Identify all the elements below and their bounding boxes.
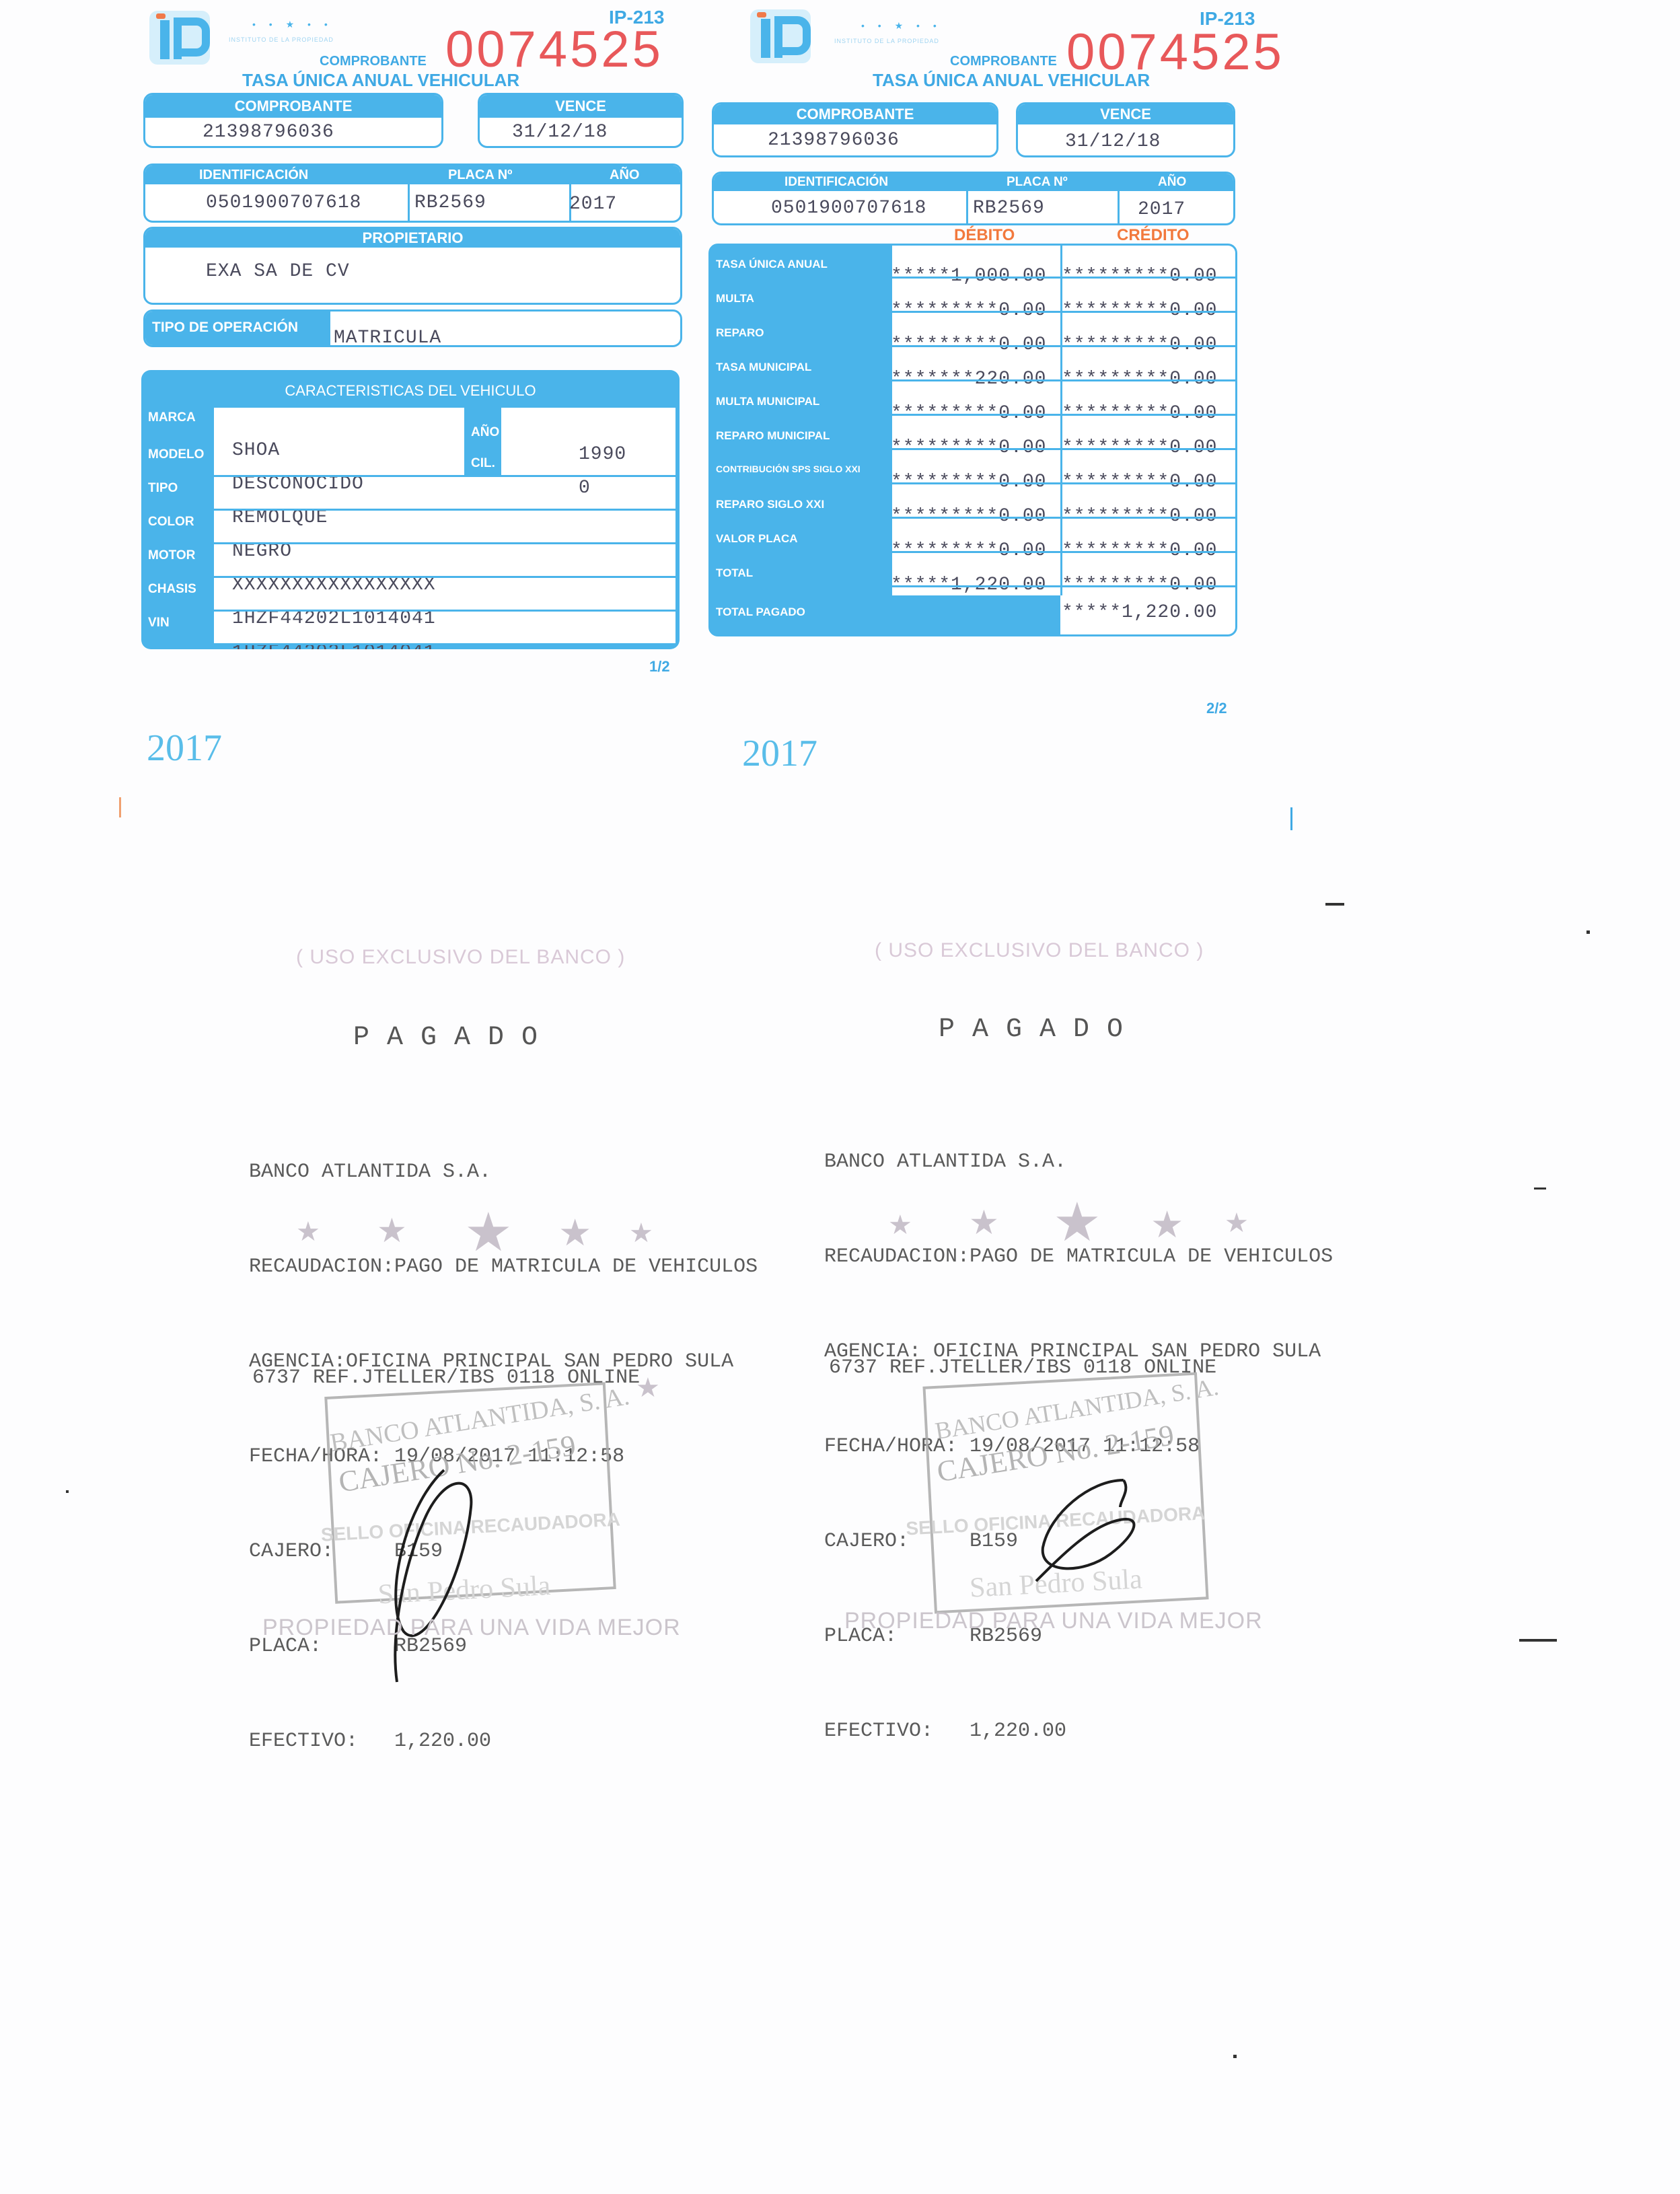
row-divider xyxy=(892,551,1235,553)
debito-header: DÉBITO xyxy=(954,226,1015,245)
receipt-line: EFECTIVO: 1,220.00 xyxy=(824,1716,1333,1747)
cargo-debito: *********0.00 xyxy=(891,506,1046,527)
vehiculo-anio-value: 1990 xyxy=(579,444,626,465)
identificacion-value: 0501900707618 xyxy=(771,198,926,219)
cargo-debito: *******220.00 xyxy=(891,369,1046,390)
star-icon: ★ xyxy=(1053,1191,1101,1253)
scan-speck xyxy=(1534,1187,1546,1190)
comprobante-box: COMPROBANTE 21398796036 xyxy=(143,93,443,148)
vehiculo-label-motor: MOTOR xyxy=(148,548,195,563)
cargo-label: MULTA xyxy=(716,292,754,305)
signature-icon xyxy=(1023,1473,1151,1588)
cargo-credito: *********0.00 xyxy=(1062,506,1217,527)
anio-value: 2017 xyxy=(569,194,617,215)
row-divider xyxy=(892,311,1235,313)
placa-header: PLACA Nº xyxy=(448,166,512,184)
anio-header: AÑO xyxy=(1158,174,1186,191)
slogan: PROPIEDAD PARA UNA VIDA MEJOR xyxy=(844,1608,1263,1634)
form-title: TASA ÚNICA ANUAL VEHICULAR xyxy=(242,70,519,91)
star-icon: ★ xyxy=(636,1373,660,1403)
identificacion-box: IDENTIFICACIÓN PLACA Nº AÑO 050190070761… xyxy=(712,172,1235,225)
row-divider xyxy=(892,345,1235,347)
ip-logo-icon xyxy=(149,11,210,65)
vehiculo-label-tipo: TIPO xyxy=(148,481,178,496)
vence-box: VENCE 31/12/18 xyxy=(1016,102,1235,157)
star-icon: ★ xyxy=(296,1216,320,1247)
row-divider xyxy=(892,379,1235,381)
cargo-credito: *********0.00 xyxy=(1062,540,1217,561)
row-divider xyxy=(892,277,1235,279)
credito-header: CRÉDITO xyxy=(1117,226,1190,245)
scan-speck xyxy=(1325,903,1344,906)
identificacion-header: IDENTIFICACIÓN xyxy=(199,166,308,184)
comprobante-value: 21398796036 xyxy=(203,122,334,143)
star-icon: ★ xyxy=(558,1211,591,1254)
cargo-debito: *********0.00 xyxy=(891,403,1046,424)
cargo-debito: *********0.00 xyxy=(891,300,1046,321)
receipt-line: BANCO ATLANTIDA S.A. xyxy=(249,1157,758,1188)
footer-year: 2017 xyxy=(147,727,222,770)
tipo-operacion-box: TIPO DE OPERACIÓN MATRICULA xyxy=(143,309,682,347)
vence-value: 31/12/18 xyxy=(1065,131,1161,152)
vehiculo-header: CARACTERISTICAS DEL VEHICULO xyxy=(141,382,680,400)
ip-logo-icon xyxy=(750,9,811,63)
cargos-table: TASA ÚNICA ANUAL*****1,000.00*********0.… xyxy=(708,244,1237,636)
scan-speck xyxy=(66,1490,69,1493)
star-icon: ★ xyxy=(629,1218,653,1249)
scan-speck xyxy=(1233,2055,1237,2058)
vehiculo-value-marca: SHOA xyxy=(232,440,280,461)
cargo-credito: *********0.00 xyxy=(1062,369,1217,390)
star-icon: ★ xyxy=(1225,1208,1249,1239)
page-number: 2/2 xyxy=(1206,700,1227,717)
row-divider xyxy=(892,482,1235,484)
propietario-value: EXA SA DE CV xyxy=(206,261,350,282)
signature-icon xyxy=(377,1467,511,1689)
form-code: IP-213 xyxy=(1200,8,1255,30)
comprobante-label: COMPROBANTE xyxy=(950,54,1057,69)
total-pagado-label: TOTAL PAGADO xyxy=(716,606,805,619)
scan-speck xyxy=(1586,930,1590,934)
scan-speck xyxy=(119,797,121,817)
comprobante-header: COMPROBANTE xyxy=(145,95,441,118)
vence-box: VENCE 31/12/18 xyxy=(478,93,684,148)
comprobante-label: COMPROBANTE xyxy=(320,54,427,69)
row-divider xyxy=(214,542,675,544)
form-page-1: • • ★ • • INSTITUTO DE LA PROPIEDAD IP-2… xyxy=(0,0,700,807)
star-icon: ★ xyxy=(377,1211,407,1250)
cargo-credito: *********0.00 xyxy=(1062,472,1217,492)
star-icon: ★ xyxy=(1151,1203,1183,1246)
row-divider xyxy=(214,610,675,612)
receipt-line: BANCO ATLANTIDA S.A. xyxy=(824,1146,1333,1178)
cargo-debito: *********0.00 xyxy=(891,540,1046,561)
identificacion-box: IDENTIFICACIÓN PLACA Nº AÑO 050190070761… xyxy=(143,163,682,223)
star-icon: ★ xyxy=(464,1201,513,1264)
cargo-label: TASA ÚNICA ANUAL xyxy=(716,258,828,271)
bank-use-header: ( USO EXCLUSIVO DEL BANCO ) xyxy=(875,939,1204,962)
cargo-credito: *********0.00 xyxy=(1062,300,1217,321)
slogan: PROPIEDAD PARA UNA VIDA MEJOR xyxy=(262,1615,681,1641)
cargo-label: VALOR PLACA xyxy=(716,532,798,546)
comprobante-value: 21398796036 xyxy=(768,130,900,151)
cargo-label: MULTA MUNICIPAL xyxy=(716,395,819,408)
cargo-credito: *********0.00 xyxy=(1062,575,1217,595)
anio-header: AÑO xyxy=(610,166,639,184)
vehiculo-label-chasis: CHASIS xyxy=(148,582,196,597)
cargo-label: TOTAL xyxy=(716,566,753,580)
vence-value: 31/12/18 xyxy=(512,122,608,143)
cargo-label: REPARO SIGLO XXI xyxy=(716,498,824,511)
bank-receipt-1: ( USO EXCLUSIVO DEL BANCO ) PAGADO BANCO… xyxy=(242,942,754,1669)
anio-value: 2017 xyxy=(1138,199,1185,220)
star-icon: ★ xyxy=(888,1210,912,1241)
row-divider xyxy=(214,475,675,477)
identificacion-value: 0501900707618 xyxy=(206,192,361,213)
cargo-credito: *********0.00 xyxy=(1062,266,1217,287)
placa-value: RB2569 xyxy=(973,198,1045,219)
vence-header: VENCE xyxy=(1018,104,1233,124)
cargo-credito: *********0.00 xyxy=(1062,403,1217,424)
footer-year: 2017 xyxy=(742,732,817,775)
comprobante-box: COMPROBANTE 21398796036 xyxy=(712,102,998,157)
row-divider xyxy=(892,414,1235,416)
paid-status: PAGADO xyxy=(353,1023,555,1053)
page-number: 1/2 xyxy=(649,658,670,675)
propietario-box: PROPIETARIO EXA SA DE CV xyxy=(143,227,682,305)
cargo-debito: *********0.00 xyxy=(891,334,1046,355)
row-divider xyxy=(214,509,675,511)
cargo-debito: *********0.00 xyxy=(891,472,1046,492)
tipo-operacion-value: MATRICULA xyxy=(334,328,441,347)
vehiculo-box: CARACTERISTICAS DEL VEHICULO AÑO CIL. 19… xyxy=(141,370,680,649)
cargo-debito: *********0.00 xyxy=(891,437,1046,458)
propietario-header: PROPIETARIO xyxy=(145,229,680,248)
tipo-operacion-label: TIPO DE OPERACIÓN xyxy=(152,320,298,336)
row-divider xyxy=(214,576,675,578)
scan-speck xyxy=(1519,1639,1557,1642)
comprobante-header: COMPROBANTE xyxy=(714,104,996,124)
placa-value: RB2569 xyxy=(414,192,486,213)
institution-name: INSTITUTO DE LA PROPIEDAD xyxy=(834,38,939,44)
cargo-label: TASA MUNICIPAL xyxy=(716,361,811,374)
vence-header: VENCE xyxy=(480,95,682,118)
cargo-debito: *****1,220.00 xyxy=(891,575,1046,595)
vehiculo-label-modelo: MODELO xyxy=(148,447,204,462)
cargo-credito: *********0.00 xyxy=(1062,437,1217,458)
vehiculo-cil-value: 0 xyxy=(579,478,591,499)
institution-stars: • • ★ • • xyxy=(861,20,942,32)
placa-header: PLACA Nº xyxy=(1007,174,1068,191)
serial-number: 0074525 xyxy=(1066,23,1284,81)
bank-use-header: ( USO EXCLUSIVO DEL BANCO ) xyxy=(296,946,625,969)
form-title: TASA ÚNICA ANUAL VEHICULAR xyxy=(873,70,1150,91)
total-pagado-value: *****1,220.00 xyxy=(1062,602,1217,623)
star-icon: ★ xyxy=(969,1203,999,1242)
row-divider xyxy=(892,448,1235,450)
row-divider xyxy=(892,517,1235,519)
receipt-line: EFECTIVO: 1,220.00 xyxy=(249,1726,758,1757)
cargo-label: REPARO MUNICIPAL xyxy=(716,429,830,443)
cargo-credito: *********0.00 xyxy=(1062,334,1217,355)
vehiculo-label-color: COLOR xyxy=(148,515,194,529)
institution-stars: • • ★ • • xyxy=(252,19,333,30)
row-divider xyxy=(892,585,1235,587)
institution-name: INSTITUTO DE LA PROPIEDAD xyxy=(229,36,334,43)
row-divider xyxy=(214,643,675,645)
vehiculo-label-marca: MARCA xyxy=(148,410,196,425)
cargo-label: REPARO xyxy=(716,326,764,340)
bank-receipt-2: ( USO EXCLUSIVO DEL BANCO ) PAGADO BANCO… xyxy=(821,935,1332,1662)
cargo-label: CONTRIBUCIÓN SPS SIGLO XXI xyxy=(716,464,861,474)
vehiculo-cil-label: CIL. xyxy=(471,456,495,471)
cargo-debito: *****1,000.00 xyxy=(891,266,1046,287)
identificacion-header: IDENTIFICACIÓN xyxy=(784,174,888,191)
scan-speck xyxy=(1290,807,1292,830)
vehiculo-anio-label: AÑO xyxy=(471,425,499,440)
paid-status: PAGADO xyxy=(939,1015,1140,1045)
vehiculo-label-vin: VIN xyxy=(148,616,170,630)
